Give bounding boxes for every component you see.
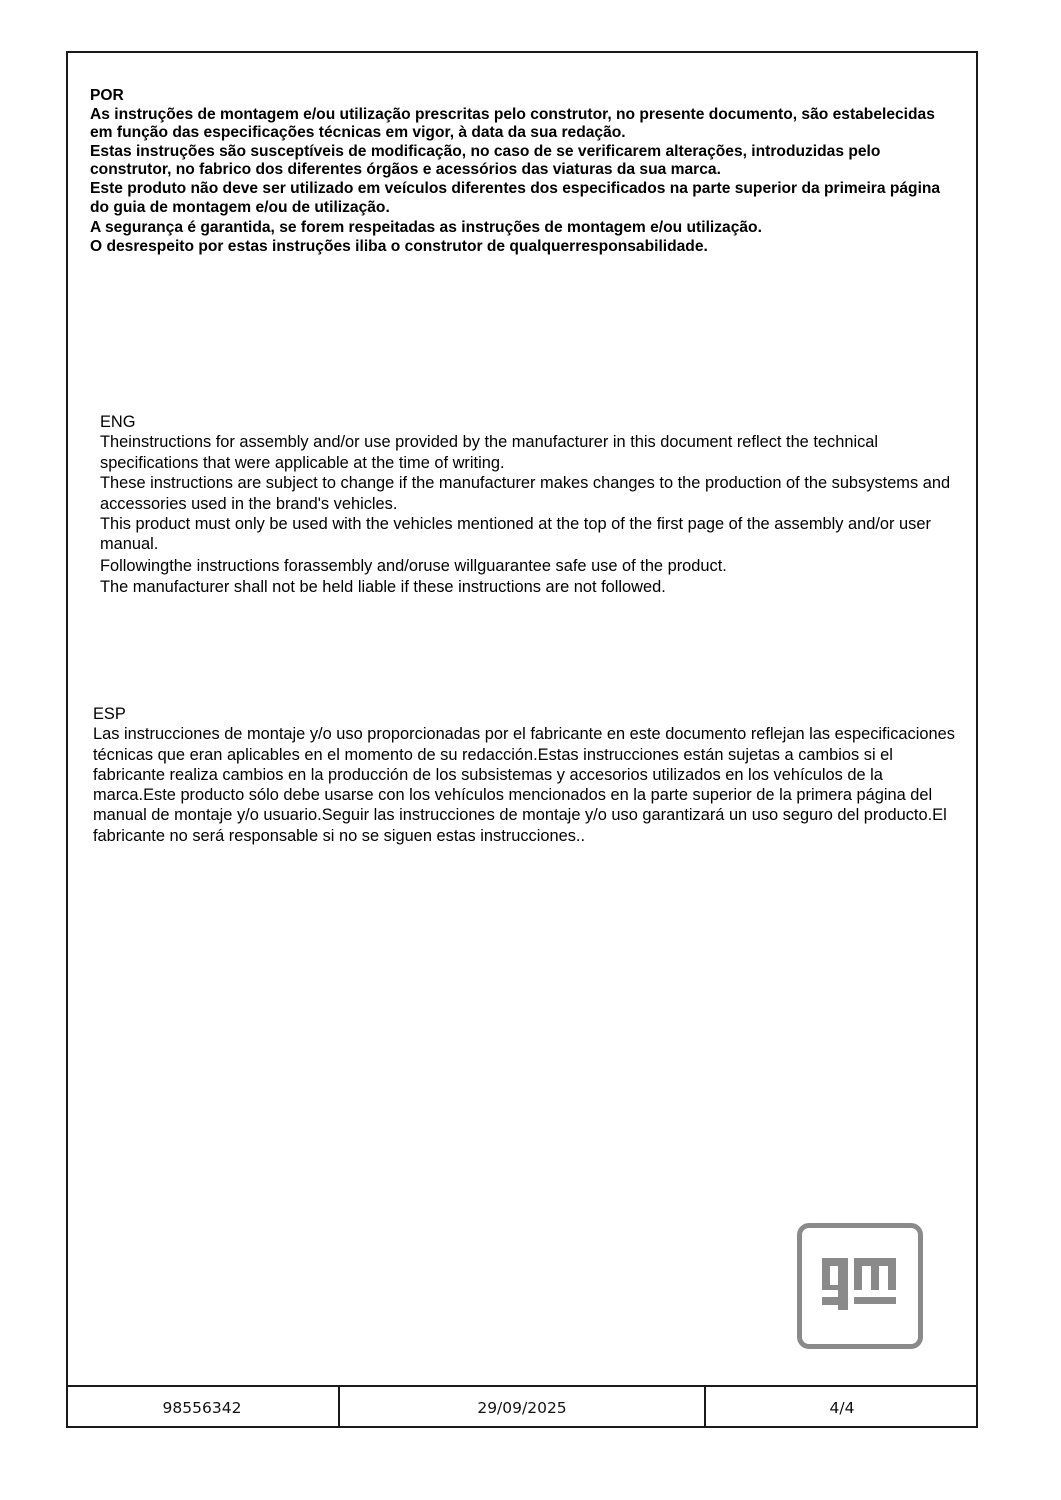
section-english: ENG Theinstructions for assembly and/or … xyxy=(100,412,965,597)
language-heading-por: POR xyxy=(90,87,960,106)
footer-table: 98556342 29/09/2025 4/4 xyxy=(66,1385,978,1428)
footer-date: 29/09/2025 xyxy=(340,1387,706,1428)
paragraph: Las instrucciones de montaje y/o uso pro… xyxy=(93,724,968,846)
paragraph: As instruções de montagem e/ou utilizaçã… xyxy=(90,106,960,143)
paragraph: Theinstructions for assembly and/or use … xyxy=(100,432,965,473)
footer-page-number: 4/4 xyxy=(706,1387,978,1428)
paragraph: Followingthe instructions forassembly an… xyxy=(100,556,965,576)
gm-logo-glyph xyxy=(802,1228,918,1344)
paragraph: These instructions are subject to change… xyxy=(100,473,965,514)
paragraph: A segurança é garantida, se forem respei… xyxy=(90,219,960,238)
language-heading-esp: ESP xyxy=(93,704,968,724)
language-heading-eng: ENG xyxy=(100,412,965,432)
paragraph: This product must only be used with the … xyxy=(100,514,965,555)
gm-logo-icon xyxy=(797,1223,923,1349)
footer-part-number: 98556342 xyxy=(66,1387,340,1428)
paragraph: Este produto não deve ser utilizado em v… xyxy=(90,180,960,217)
section-portuguese: POR As instruções de montagem e/ou utili… xyxy=(90,87,960,256)
paragraph: O desrespeito por estas instruções iliba… xyxy=(90,238,960,257)
paragraph: The manufacturer shall not be held liabl… xyxy=(100,577,965,597)
paragraph: Estas instruções são susceptíveis de mod… xyxy=(90,143,960,180)
section-spanish: ESP Las instrucciones de montaje y/o uso… xyxy=(93,704,968,846)
